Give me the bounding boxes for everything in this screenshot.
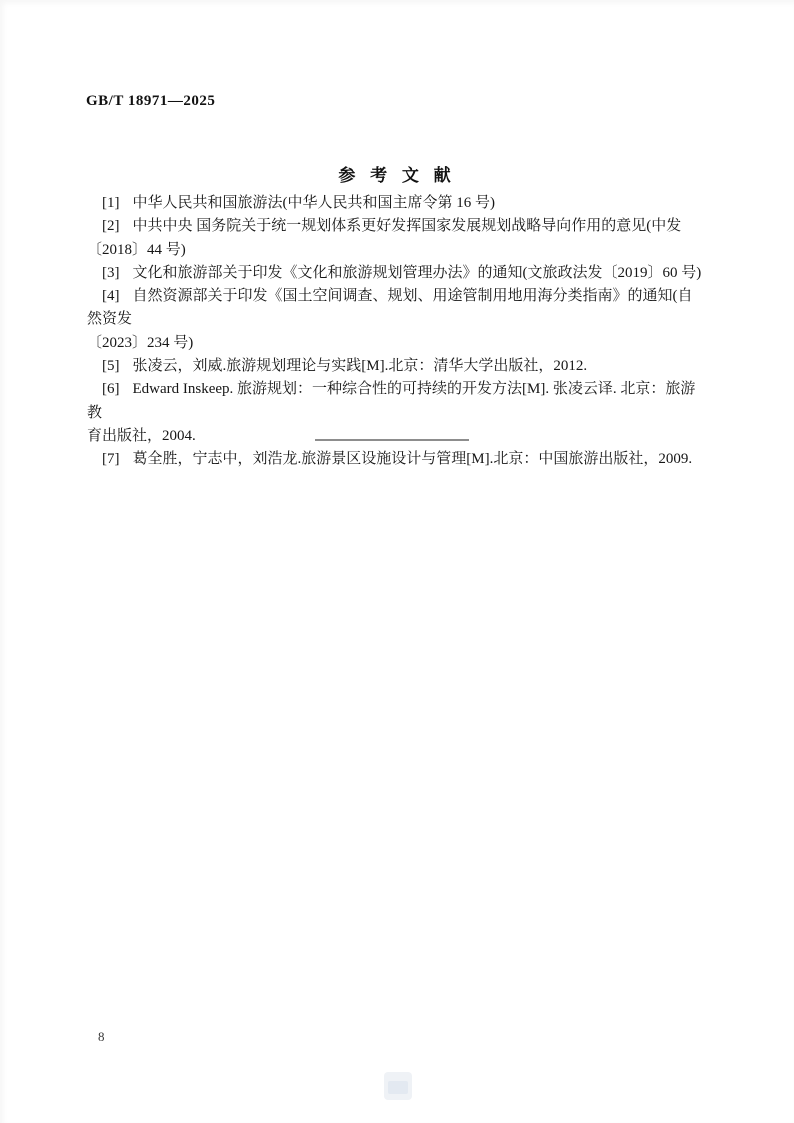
reference-entry: [1]中华人民共和国旅游法(中华人民共和国主席令第 16 号): [87, 192, 705, 215]
reference-text: 中华人民共和国旅游法(中华人民共和国主席令第 16 号): [133, 195, 496, 211]
reference-entry: [2]中共中央 国务院关于统一规划体系更好发挥国家发展规划战略导向作用的意见(中…: [87, 215, 705, 262]
reference-label: [5]: [102, 358, 120, 374]
reference-label: [1]: [102, 195, 120, 211]
page-number: 8: [98, 1029, 105, 1045]
reference-label: [6]: [102, 381, 120, 397]
reference-entry: [7]葛全胜，宁志中，刘浩龙.旅游景区设施设计与管理[M].北京：中国旅游出版社…: [87, 448, 705, 471]
document-page: GB/T 18971—2025 参 考 文 献 [1]中华人民共和国旅游法(中华…: [0, 0, 794, 1123]
reference-entry: [5]张凌云，刘威.旅游规划理论与实践[M].北京：清华大学出版社，2012.: [87, 355, 705, 378]
watermark-logo: [384, 1072, 412, 1100]
reference-line: [3]文化和旅游部关于印发《文化和旅游规划管理办法》的通知(文旅政法发〔2019…: [87, 262, 705, 285]
reference-text: 张凌云，刘威.旅游规划理论与实践[M].北京：清华大学出版社，2012.: [133, 358, 588, 374]
reference-text: 文化和旅游部关于印发《文化和旅游规划管理办法》的通知(文旅政法发〔2019〕60…: [133, 265, 702, 281]
reference-label: [7]: [102, 451, 120, 467]
reference-label: [2]: [102, 218, 120, 234]
reference-line: [2]中共中央 国务院关于统一规划体系更好发挥国家发展规划战略导向作用的意见(中…: [87, 215, 705, 238]
reference-entry: [3]文化和旅游部关于印发《文化和旅游规划管理办法》的通知(文旅政法发〔2019…: [87, 262, 705, 285]
references-list: [1]中华人民共和国旅游法(中华人民共和国主席令第 16 号) [2]中共中央 …: [87, 192, 705, 472]
reference-text: 自然资源部关于印发《国土空间调查、规划、用途管制用地用海分类指南》的通知(自然资…: [87, 288, 693, 327]
reference-line: [1]中华人民共和国旅游法(中华人民共和国主席令第 16 号): [87, 192, 705, 215]
watermark-logo-inner: [388, 1081, 408, 1094]
reference-entry: [4]自然资源部关于印发《国土空间调查、规划、用途管制用地用海分类指南》的通知(…: [87, 285, 705, 355]
reference-line: 育出版社，2004.: [87, 425, 705, 448]
reference-text: 中共中央 国务院关于统一规划体系更好发挥国家发展规划战略导向作用的意见(中发: [133, 218, 682, 234]
reference-line: [4]自然资源部关于印发《国土空间调查、规划、用途管制用地用海分类指南》的通知(…: [87, 285, 705, 332]
reference-line: [7]葛全胜，宁志中，刘浩龙.旅游景区设施设计与管理[M].北京：中国旅游出版社…: [87, 448, 705, 471]
reference-entry: [6]Edward Inskeep. 旅游规划：一种综合性的可持续的开发方法[M…: [87, 378, 705, 448]
reference-label: [4]: [102, 288, 120, 304]
end-of-references-rule: [315, 439, 469, 441]
standard-number: GB/T 18971—2025: [86, 93, 215, 110]
reference-text: 葛全胜，宁志中，刘浩龙.旅游景区设施设计与管理[M].北京：中国旅游出版社，20…: [133, 451, 693, 467]
page-title: 参 考 文 献: [0, 161, 794, 186]
reference-line: 〔2023〕234 号): [87, 332, 705, 355]
reference-text: Edward Inskeep. 旅游规划：一种综合性的可持续的开发方法[M]. …: [87, 381, 695, 420]
reference-label: [3]: [102, 265, 120, 281]
reference-line: 〔2018〕44 号): [87, 239, 705, 262]
reference-line: [6]Edward Inskeep. 旅游规划：一种综合性的可持续的开发方法[M…: [87, 378, 705, 425]
reference-line: [5]张凌云，刘威.旅游规划理论与实践[M].北京：清华大学出版社，2012.: [87, 355, 705, 378]
